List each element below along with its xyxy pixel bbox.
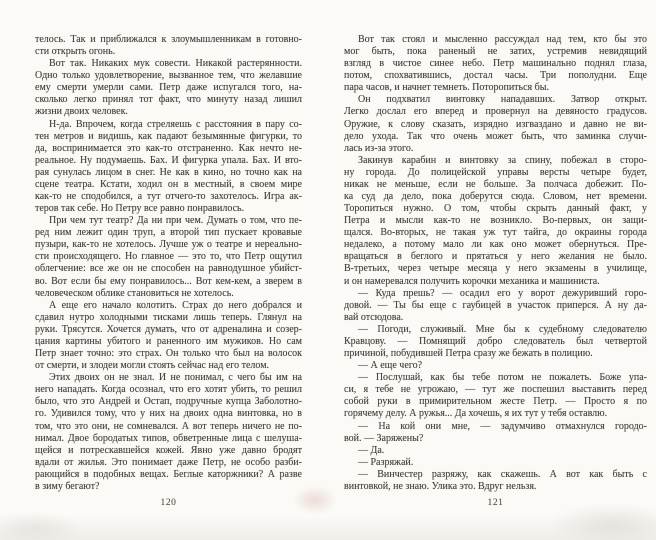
text-line: лась из-за этого. xyxy=(344,143,647,155)
book-page-right: Вот так стоял и мысленно рассуждал над т… xyxy=(344,34,647,508)
paragraph: — Да. xyxy=(344,445,647,457)
paragraph: А еще его начало колотить. Страх до него… xyxy=(35,300,302,372)
text-line: недалеко, а потому мало ли как оно может… xyxy=(344,239,647,251)
text-line: В-третьих, через четыре месяца у него эк… xyxy=(344,263,647,275)
text-line: дело ухода. Так что очень может быть, чт… xyxy=(344,131,647,143)
text-line: вай отсюдова. xyxy=(344,312,647,324)
text-line: Торопиться нужно. О том, чтобы скрыть да… xyxy=(344,203,647,215)
text-line: Этих двоих он не знал. И не понимал, с ч… xyxy=(35,372,302,384)
text-line: причиной, побудившей Петра сразу же бежа… xyxy=(344,348,647,360)
text-line: ред ним лежит один труп, а второй тип пу… xyxy=(35,227,302,239)
text-line: пузыри, как-то не хотелось. Лучше уж о т… xyxy=(35,239,302,251)
text-line: вдали от жилья. Это понимает даже Петр, … xyxy=(35,457,302,469)
text-line: рая сунулась лицом в снег. Не как в кино… xyxy=(35,167,302,179)
text-line: реальное. Ну подумаешь. Бах. И фигурка у… xyxy=(35,155,302,167)
text-line: щейся и потрескавшейся кожей. Явно уже д… xyxy=(35,445,302,457)
text-line: да, воспринимается это как-то отстраненн… xyxy=(35,143,302,155)
text-line: — А еще чего? xyxy=(344,360,647,372)
text-line: и он намеревался получить корочки механи… xyxy=(344,276,647,288)
text-line: ка суд да дело, пока доберутся сюда. Сло… xyxy=(344,191,647,203)
paragraph: Вот так стоял и мысленно рассуждал над т… xyxy=(344,34,647,94)
paragraph: — Винчестер разряжу, как скажешь. А вот … xyxy=(344,469,647,493)
text-line: Закинув карабин и винтовку за спину, поб… xyxy=(344,155,647,167)
text-line: Он подхватил винтовку нападавших. Затвор… xyxy=(344,94,647,106)
paragraph: Закинув карабин и винтовку за спину, поб… xyxy=(344,155,647,288)
text-line: сти происходящего. Но главное — это то, … xyxy=(35,251,302,263)
text-line: вой. — Заряжены? xyxy=(344,433,647,445)
text-line: потом, спохватившись, достал часы. Три п… xyxy=(344,70,647,82)
page-number-left: 120 xyxy=(35,498,302,508)
text-line: никак не меньше, если не больше. За полч… xyxy=(344,179,647,191)
text-line: сти открыть огонь. xyxy=(35,46,302,58)
text-line: Н-да. Впрочем, когда стреляешь с расстоя… xyxy=(35,119,302,131)
text-line: сцене театра. Кстати, ходил он в местный… xyxy=(35,179,302,191)
text-line: При чем тут театр? Да ни при чем. Думать… xyxy=(35,215,302,227)
page-number-right: 121 xyxy=(344,498,647,508)
text-line: руки. Трясутся. Хочется думать, что от а… xyxy=(35,324,302,336)
text-line: собой руки в примирительном жесте Петр. … xyxy=(344,396,647,408)
paragraph: — Куда прешь? — осадил его у ворот дежур… xyxy=(344,288,647,324)
text-line: сдавил нутро холодными тисками лишь тепе… xyxy=(35,312,302,324)
text-line: Петра и мысли как-то не возникло. Во-пер… xyxy=(344,215,647,227)
page-right-text-column: Вот так стоял и мысленно рассуждал над т… xyxy=(344,34,647,493)
text-line: си, я тебе не угрожаю, — тут же поспешил… xyxy=(344,384,647,396)
text-line: Одно только удовлетворение, вызванное те… xyxy=(35,70,302,82)
text-line: горячему делу. А ружья... Да хочешь, я и… xyxy=(344,408,647,420)
text-line: щался. Во-вторых, не такая уж тут тайга,… xyxy=(344,227,647,239)
text-line: во. Вот если бы ему понравилось... Вот к… xyxy=(35,276,302,288)
paragraph: — Погоди, служивый. Мне бы к судебному с… xyxy=(344,324,647,360)
text-line: Петр знает точно: это страх. Он только ч… xyxy=(35,348,302,360)
text-line: ему смерти умерли сами. Петр даже испуга… xyxy=(35,82,302,94)
text-line: пара часов, и начнет темнеть. Поторопить… xyxy=(344,82,647,94)
text-line: в зиму бегают? xyxy=(35,481,302,493)
text-line: Вот так стоял и мысленно рассуждал над т… xyxy=(344,34,647,46)
text-line: — Погоди, служивый. Мне бы к судебному с… xyxy=(344,324,647,336)
paragraph: Этих двоих он не знал. И не понимал, с ч… xyxy=(35,372,302,493)
text-line: рающийся в подобных вещах. Беглые каторж… xyxy=(35,469,302,481)
text-line: жизни двоих человек. xyxy=(35,106,302,118)
text-line: взгляд в чистое синее небо. Петр машинал… xyxy=(344,58,647,70)
text-line: было, что это Андрей и Остап, подручные … xyxy=(35,396,302,408)
paragraph: Вот так. Никаких мук совести. Никакой ра… xyxy=(35,58,302,118)
text-line: — Да. xyxy=(344,445,647,457)
text-line: тен метров и видишь, как падают безымянн… xyxy=(35,131,302,143)
text-line: цания картины убитого и раненного им муж… xyxy=(35,336,302,348)
text-line: Легко дослал его вперед и провернул на д… xyxy=(344,106,647,118)
text-line: нимал. Двое бородатых типов, обветренные… xyxy=(35,433,302,445)
scan-artifact-bottom-shading xyxy=(0,516,656,540)
text-line: Оружие, к слову сказать, изрядно изгвазд… xyxy=(344,119,647,131)
text-line: него нападать. Когда осознал, что его хо… xyxy=(35,384,302,396)
paragraph: — Разряжай. xyxy=(344,457,647,469)
text-line: — Послушай, как бы тебе потом не пожалет… xyxy=(344,372,647,384)
text-line: облегчение: все же он не способен на рав… xyxy=(35,263,302,275)
text-line: сколько легко принял тот факт, что минут… xyxy=(35,94,302,106)
text-line: от смерти, и злодеи могли стоять сейчас … xyxy=(35,360,302,372)
paragraph: При чем тут театр? Да ни при чем. Думать… xyxy=(35,215,302,300)
paragraph: — На кой они мне, — задумчиво отмахнулся… xyxy=(344,421,647,445)
text-line: ну города. До полицейской управы версты … xyxy=(344,167,647,179)
text-line: — На кой они мне, — задумчиво отмахнулся… xyxy=(344,421,647,433)
text-line: А еще его начало колотить. Страх до него… xyxy=(35,300,302,312)
text-line: том, что это они, не сомневался. А вот т… xyxy=(35,421,302,433)
paragraph: Н-да. Впрочем, когда стреляешь с расстоя… xyxy=(35,119,302,216)
paragraph: — Послушай, как бы тебе потом не пожалет… xyxy=(344,372,647,420)
book-spread: телось. Так и приближался к злоумышленни… xyxy=(0,0,656,540)
text-line: мог быть, пока раненый не затих, устреми… xyxy=(344,46,647,58)
text-line: — Куда прешь? — осадил его у ворот дежур… xyxy=(344,288,647,300)
text-line: вращаться в беглого и прятаться у него ж… xyxy=(344,251,647,263)
text-line: теров так себе. Но Петру все равно понра… xyxy=(35,203,302,215)
page-left-text-column: телось. Так и приближался к злоумышленни… xyxy=(35,34,302,493)
book-page-left: телось. Так и приближался к злоумышленни… xyxy=(35,34,302,508)
text-line: Кравцову. — Помнящий добро следователь б… xyxy=(344,336,647,348)
text-line: — Разряжай. xyxy=(344,457,647,469)
text-line: человеческом облике становиться не хотел… xyxy=(35,288,302,300)
scan-artifact-bottom-left xyxy=(0,512,83,540)
paragraph: телось. Так и приближался к злоумышленни… xyxy=(35,34,302,58)
text-line: — Винчестер разряжу, как скажешь. А вот … xyxy=(344,469,647,481)
scan-artifact-bottom-right xyxy=(548,504,656,540)
text-line: телось. Так и приближался к злоумышленни… xyxy=(35,34,302,46)
text-line: винтовкой, не знаю. Улика это. Вдруг нел… xyxy=(344,481,647,493)
text-line: как-то не сподобился, а тут отчего-то за… xyxy=(35,191,302,203)
paragraph: — А еще чего? xyxy=(344,360,647,372)
text-line: Вот так. Никаких мук совести. Никакой ра… xyxy=(35,58,302,70)
text-line: довой. — Ты бы еще с гаубицей в участок … xyxy=(344,300,647,312)
text-line: го. Удивился тому, что у них на двоих од… xyxy=(35,408,302,420)
paragraph: Он подхватил винтовку нападавших. Затвор… xyxy=(344,94,647,154)
